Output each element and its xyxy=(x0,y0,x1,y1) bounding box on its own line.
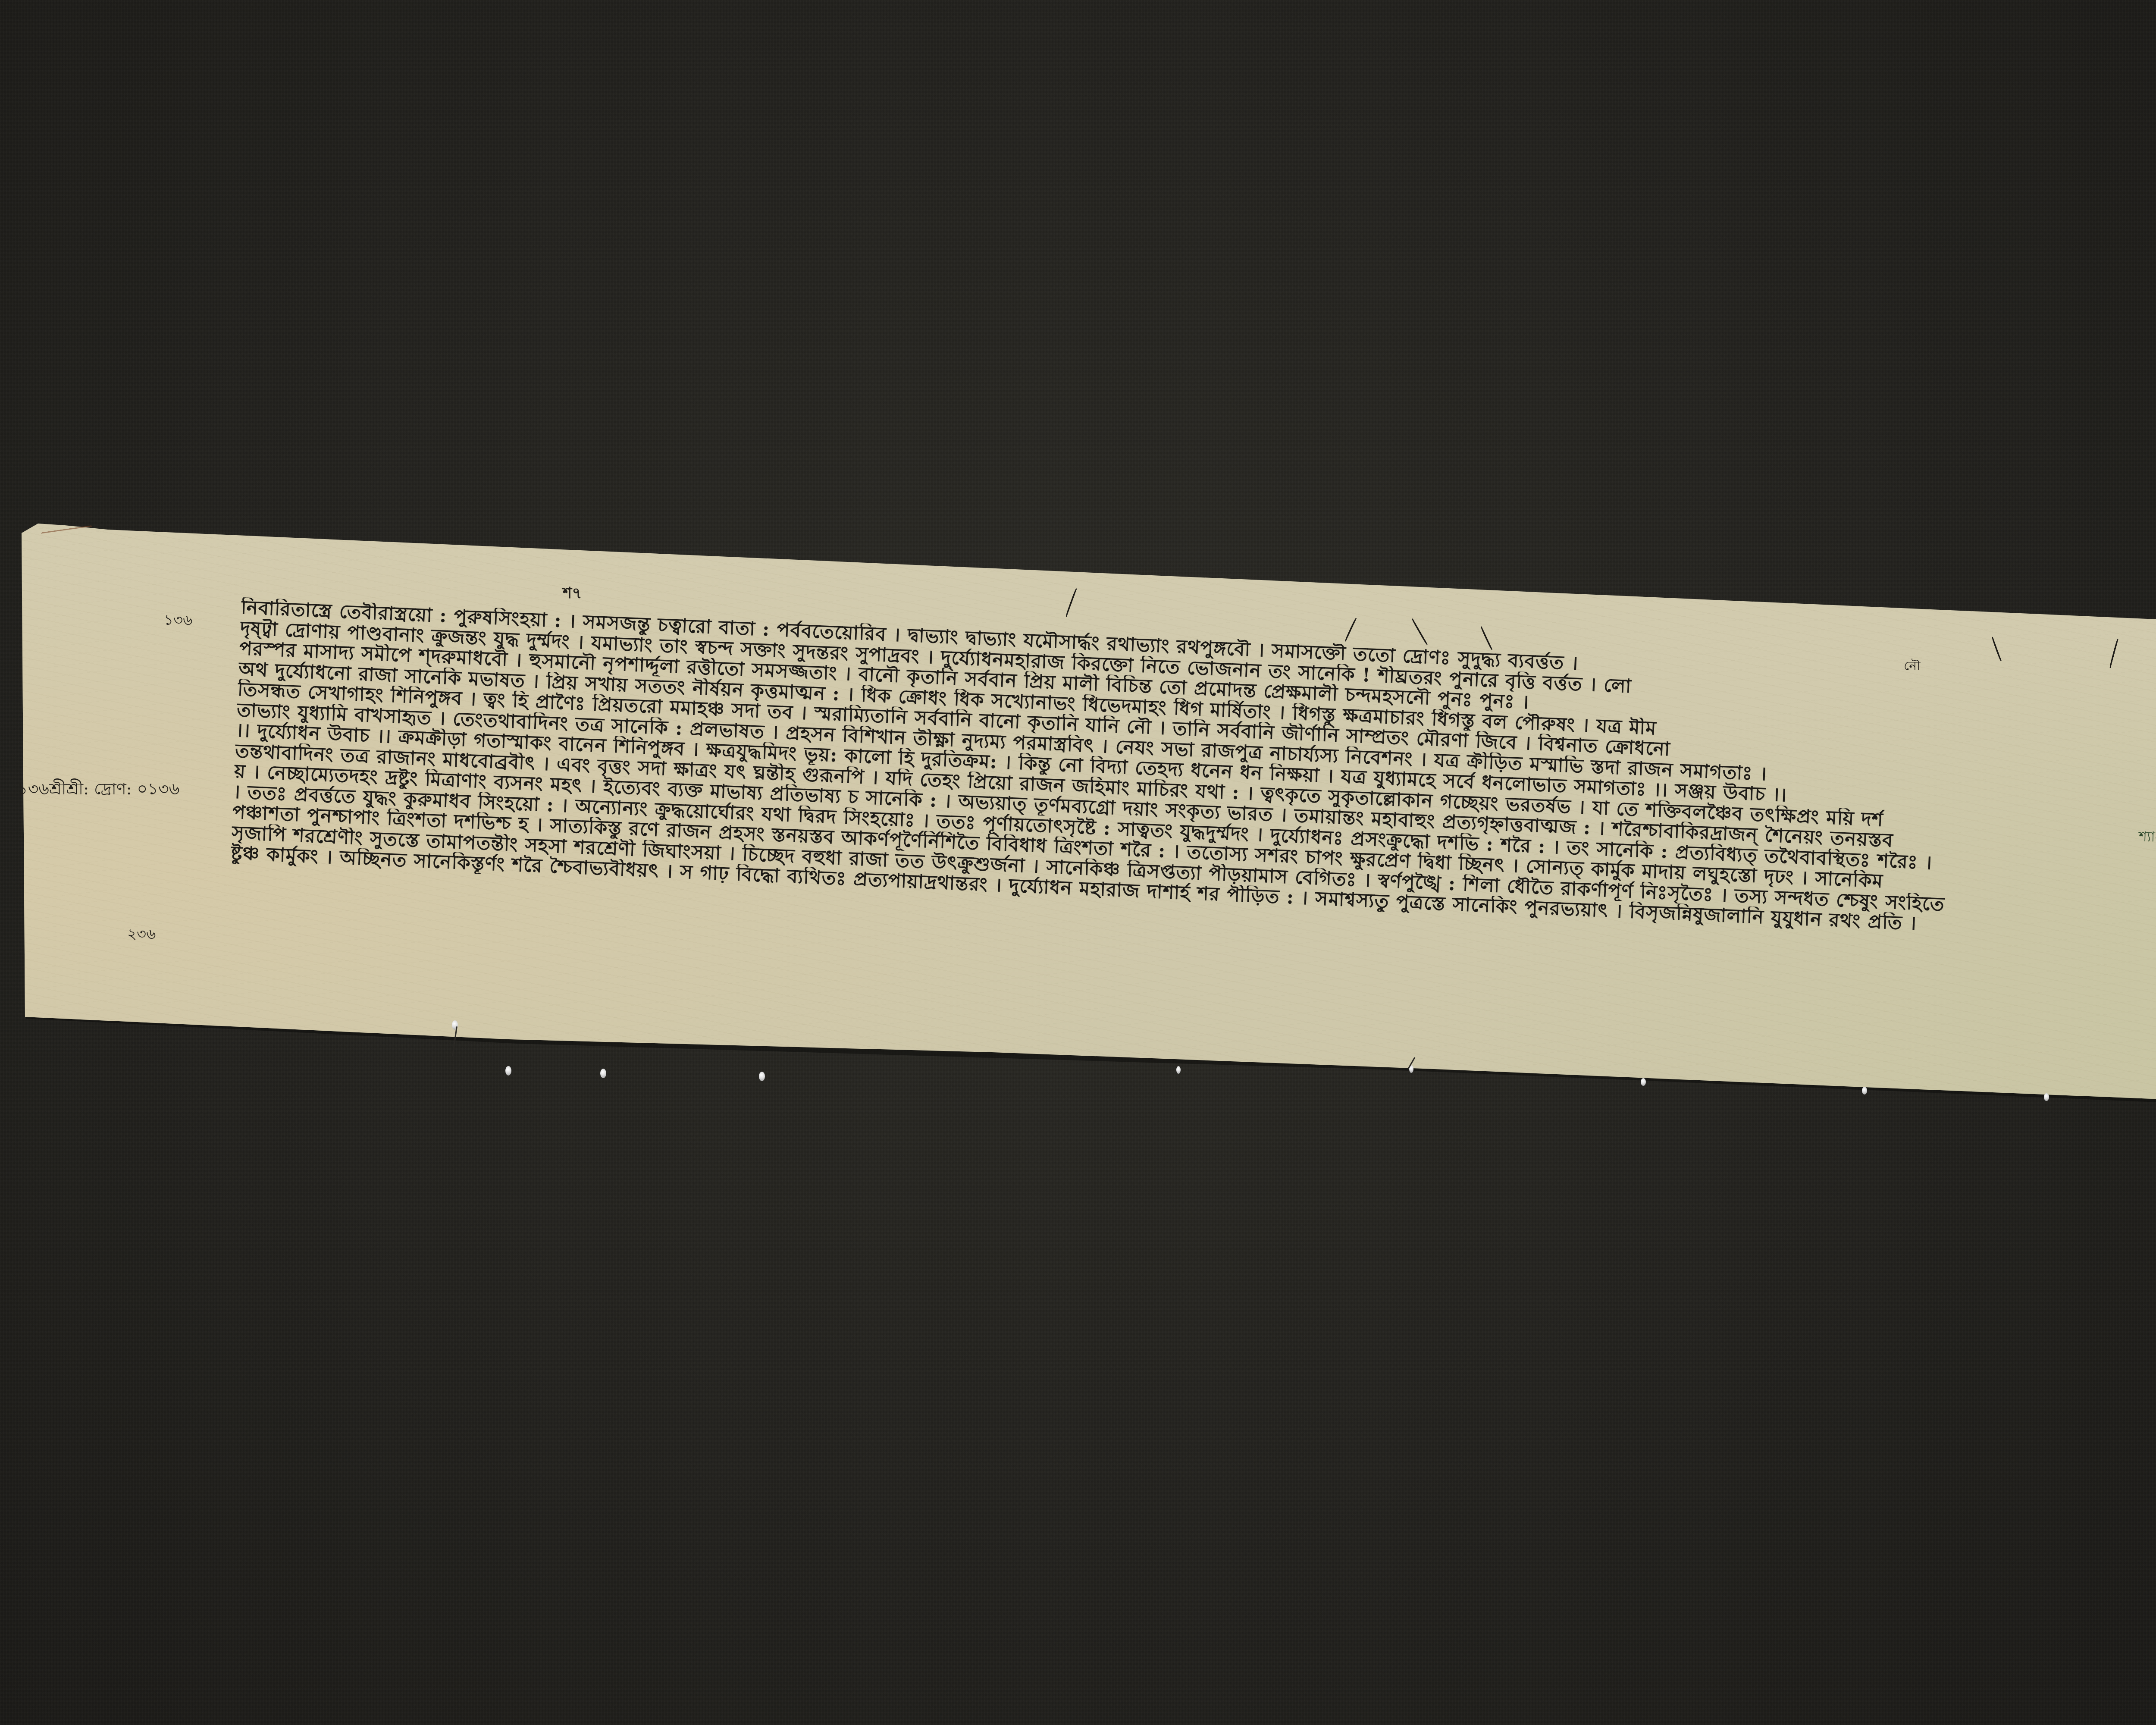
left-margin-number-bottom: ২৩৬ xyxy=(127,923,156,947)
left-margin-number-top: ১৩৬ xyxy=(164,609,192,634)
folio-number: শ৭ xyxy=(563,581,582,607)
left-margin-note: ১৩৬শ্রীশ্রী: দ্রোণ: ০১৩৬ xyxy=(17,776,179,804)
